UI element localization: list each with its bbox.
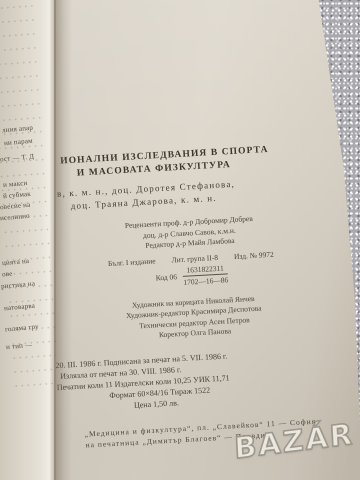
toc-fragment: ове bbox=[2, 270, 13, 279]
code-label: Код 06 bbox=[155, 272, 177, 282]
toc-fragment: ни парам bbox=[4, 137, 33, 147]
toc-fragment: й субмак bbox=[3, 190, 31, 200]
toc-fragment: н тип — bbox=[6, 341, 33, 351]
toc-fragment: овесие на bbox=[0, 201, 31, 212]
colophon-text-block: ИОНАЛНИ ИЗСЛЕДВАНИЯ В СПОРТА И МАСОВАТА … bbox=[34, 141, 352, 452]
toc-fragment: ост — Т. Д bbox=[0, 153, 34, 164]
toc-fragment: иселинно bbox=[0, 212, 30, 223]
toc-fragment: и макси bbox=[3, 179, 28, 189]
edition-label: Бълг. I издание bbox=[108, 256, 156, 268]
lit-group-label: Лит. група II-8 bbox=[171, 252, 218, 264]
toc-fragment: лния апар bbox=[2, 124, 34, 135]
code-fraction: 1631822311 1702—16—86 bbox=[182, 263, 228, 286]
toc-fragment: натоварва bbox=[4, 302, 36, 313]
code-denominator: 1702—16—86 bbox=[183, 274, 228, 286]
toc-fragment: цията на bbox=[2, 257, 30, 267]
toc-fragment: голяма гру bbox=[5, 323, 39, 334]
page-gutter-shadow bbox=[54, 0, 72, 480]
left-contents-page: лния апар ни парам ост — Т. Д и макси й … bbox=[0, 0, 56, 480]
toc-fragment: ристика на bbox=[1, 280, 36, 291]
izd-number-label: Изд. № 9972 bbox=[234, 249, 274, 260]
book-photo: ИОНАЛНИ ИЗСЛЕДВАНИЯ В СПОРТА И МАСОВАТА … bbox=[0, 0, 360, 480]
